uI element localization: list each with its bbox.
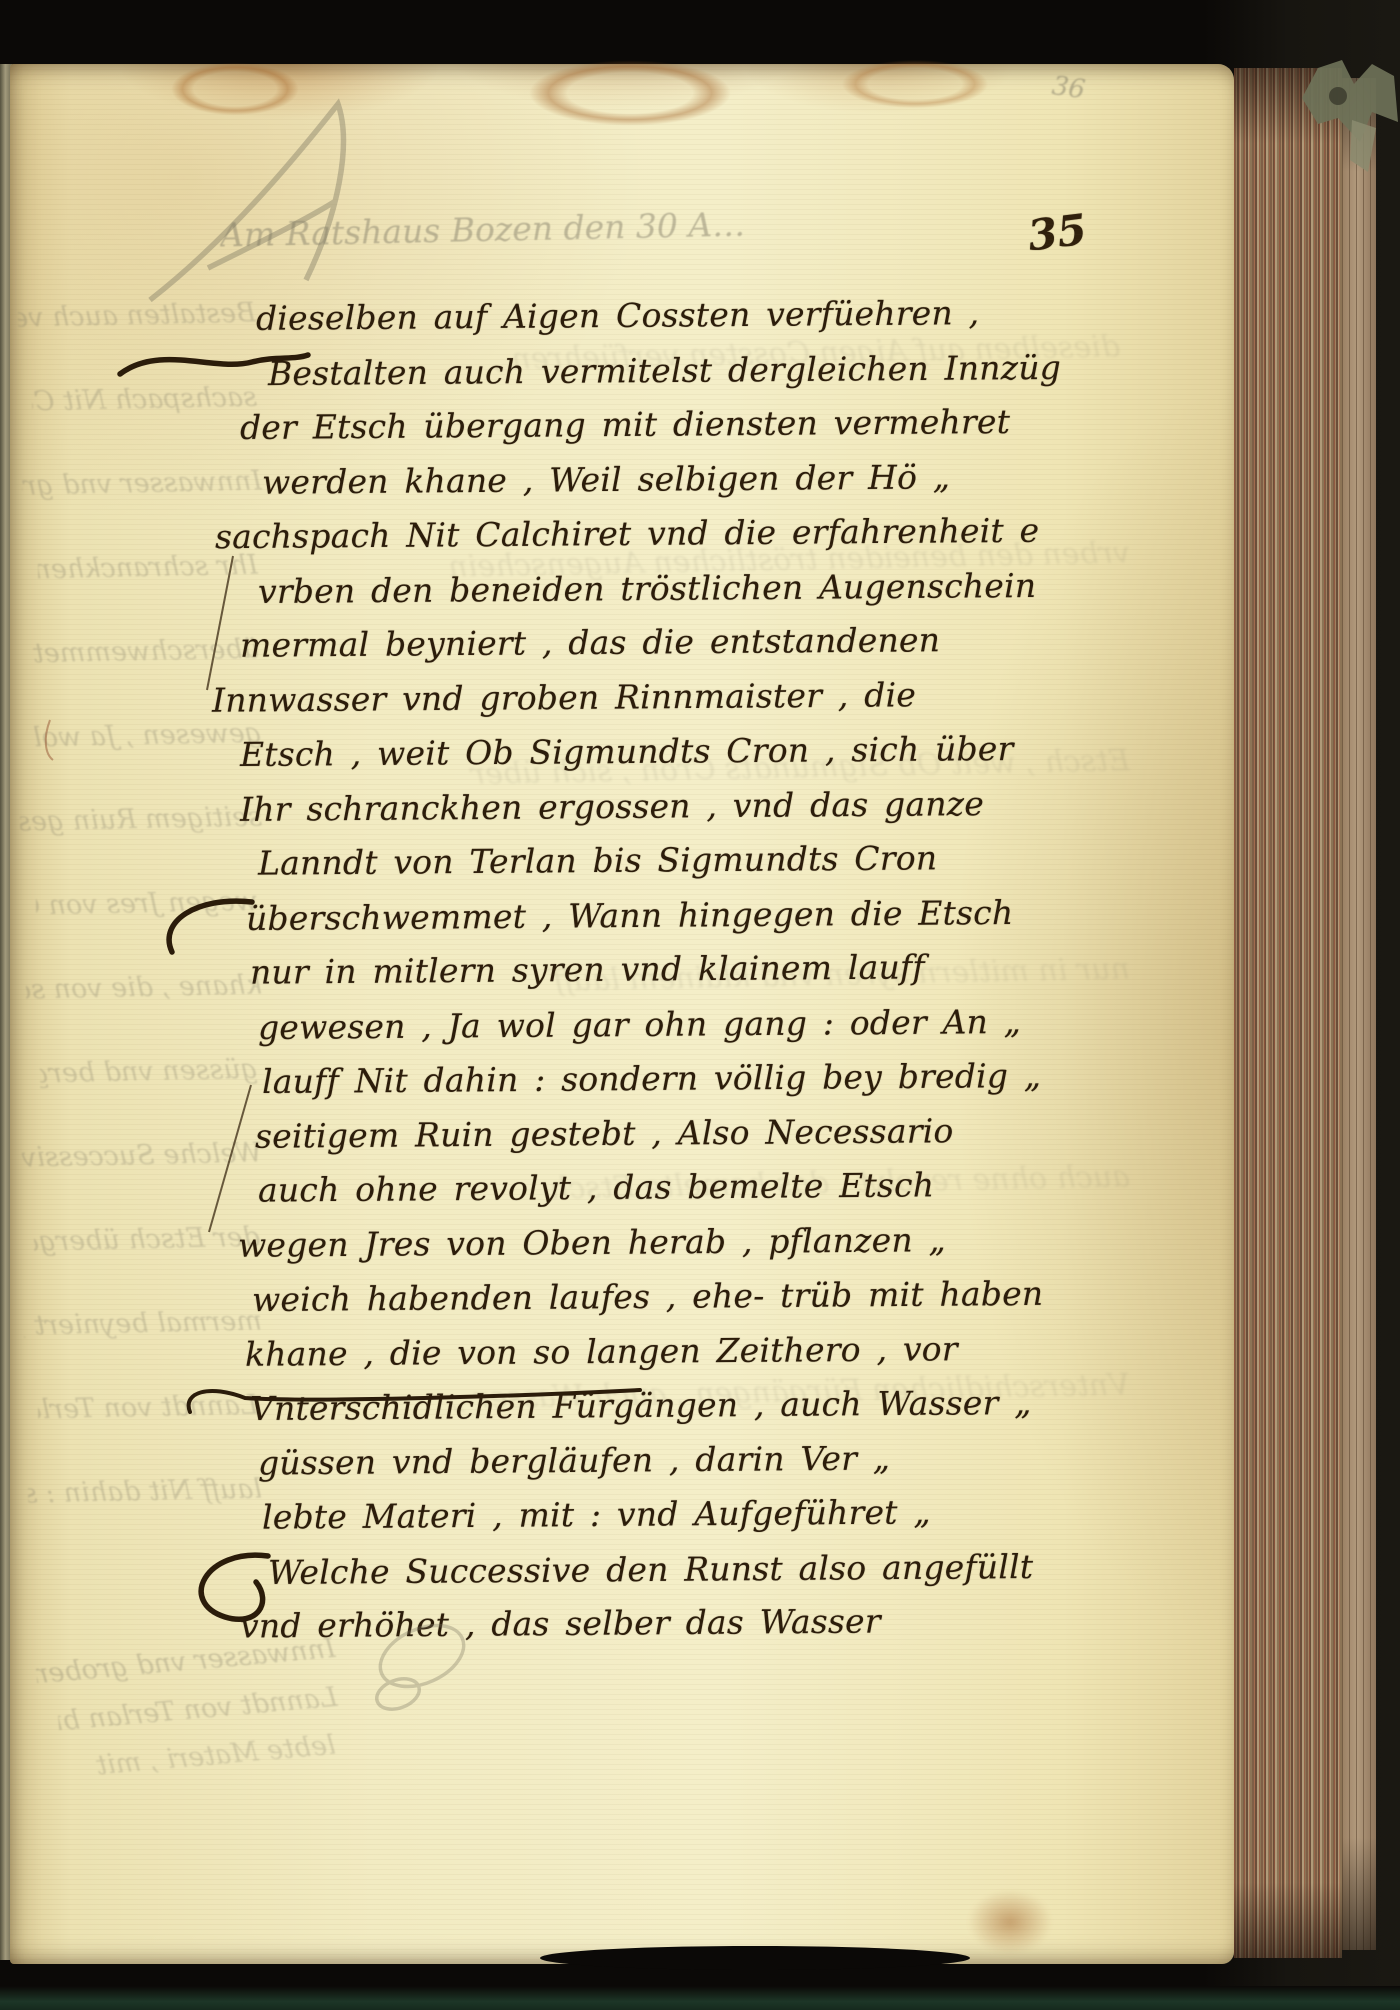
stain: [510, 54, 750, 132]
text-line: güssen vnd bergläufen , darin Ver „: [258, 1439, 890, 1484]
paper-bottom-edge-wave: [540, 1946, 970, 1970]
bleedthrough-line: güssen vnd bergläufen , darin Ver „: [40, 1054, 259, 1091]
text-line: sachspach Nit Calchiret vnd die erfahren…: [215, 511, 1040, 557]
text-line: khane , die von so langen Zeithero , vor: [245, 1329, 958, 1375]
text-line: Welche Successive den Runst also angefül…: [268, 1547, 1034, 1593]
ghost-folio-number: 36: [1050, 70, 1087, 106]
text-line: Etsch , weit Ob Sigmundts Cron , sich üb…: [240, 729, 1014, 775]
text-line: dieselben auf Aigen Cossten verfüehren ,: [256, 293, 980, 339]
bleedthrough-line: seitigem Ruin gestebt , Also Necessario: [20, 801, 263, 838]
bleedthrough-line: Lanndt von Terlan bis Sigmundts Cron: [38, 1390, 259, 1427]
bleedthrough-line: khane , die von so langen Zeithero , vor: [26, 970, 263, 1007]
text-line: seitigem Ruin gestebt , Also Necessario: [255, 1111, 954, 1156]
bleedthrough-line: mermal beyniert , das die entstandenen: [24, 1306, 263, 1343]
text-line: werden khane , Weil selbigen der Hö „: [262, 457, 950, 502]
text-line: vrben den beneiden tröstlichen Augensche…: [258, 566, 1037, 612]
text-line: Lanndt von Terlan bis Sigmundts Cron: [258, 838, 938, 883]
stain-rust: [950, 1876, 1070, 1968]
text-line: weich habenden laufes , ehe- trüb mit ha…: [252, 1274, 1044, 1320]
text-line: mermal beyniert , das die entstandenen: [240, 620, 940, 665]
backdrop-green-strip: [0, 1986, 1400, 2010]
bleedthrough-line: gewesen , Ja wol gar ohn gang : oder An …: [34, 718, 263, 755]
manuscript-photo: Am Ratshaus Bozen den 30 A… 36 Bestalten…: [0, 0, 1400, 2010]
text-line: der Etsch übergang mit diensten vermehre…: [240, 402, 1010, 448]
text-line: Vnterschidlichen Fürgängen , auch Wasser…: [250, 1383, 1032, 1429]
text-line: auch ohne revolyt , das bemelte Etsch: [258, 1165, 935, 1210]
text-line: Innwasser vnd groben Rinnmaister , die: [212, 675, 916, 721]
bleedthrough-line: Bestalten auch vermitelst dergleichen In…: [18, 298, 257, 335]
manuscript-page: Am Ratshaus Bozen den 30 A… 36 Bestalten…: [10, 64, 1234, 1964]
text-line: Bestalten auch vermitelst dergleichen In…: [268, 348, 1061, 394]
text-line: wegen Jres von Oben herab , pflanzen „: [238, 1220, 946, 1266]
ghost-header: Am Ratshaus Bozen den 30 A…: [220, 209, 746, 252]
text-line: lauff Nit dahin : sondern völlig bey bre…: [262, 1056, 1041, 1102]
bleedthrough-line: Welche Successive den Runst also angefül…: [22, 1137, 263, 1174]
bleedthrough-line: Lanndt von Terlan bis Sigmundts Cron: [57, 1682, 339, 1738]
text-line: gewesen , Ja wol gar ohn gang : oder An …: [258, 1002, 1021, 1048]
bleedthrough-line: lauff Nit dahin : sondern völlig bey bre…: [28, 1474, 263, 1511]
bleedthrough-line: Innwasser vnd groben Rinnmaister , die: [22, 465, 263, 502]
text-line: überschwemmet , Wann hingegen die Etsch: [246, 893, 1014, 939]
bleedthrough-line: der Etsch übergang mit diensten vermehre…: [34, 1222, 261, 1259]
book-fore-edge: [1234, 68, 1342, 1958]
fore-edge-outer-band: [1342, 78, 1376, 1950]
bleedthrough-line: wegen Jres von Oben herab , pflanzen „: [36, 886, 259, 923]
bleedthrough-line: lebte Materi , mit : vnd Aufgeführet „: [95, 1730, 337, 1783]
text-line: Ihr schranckhen ergossen , vnd das ganze: [240, 784, 984, 830]
stain: [160, 58, 310, 120]
stain: [830, 56, 1000, 112]
bleedthrough-line: überschwemmet , Wann hingegen die Etsch: [24, 634, 261, 671]
bleedthrough-line: sachspach Nit Calchiret vnd die erfahren…: [32, 382, 258, 419]
text-line: nur in mitlern syren vnd klainem lauff: [250, 947, 925, 992]
text-line: lebte Materi , mit : vnd Aufgeführet „: [262, 1492, 931, 1537]
page-number: 35: [1025, 205, 1089, 261]
text-line: vnd erhöhet , das selber das Wasser: [240, 1601, 881, 1646]
